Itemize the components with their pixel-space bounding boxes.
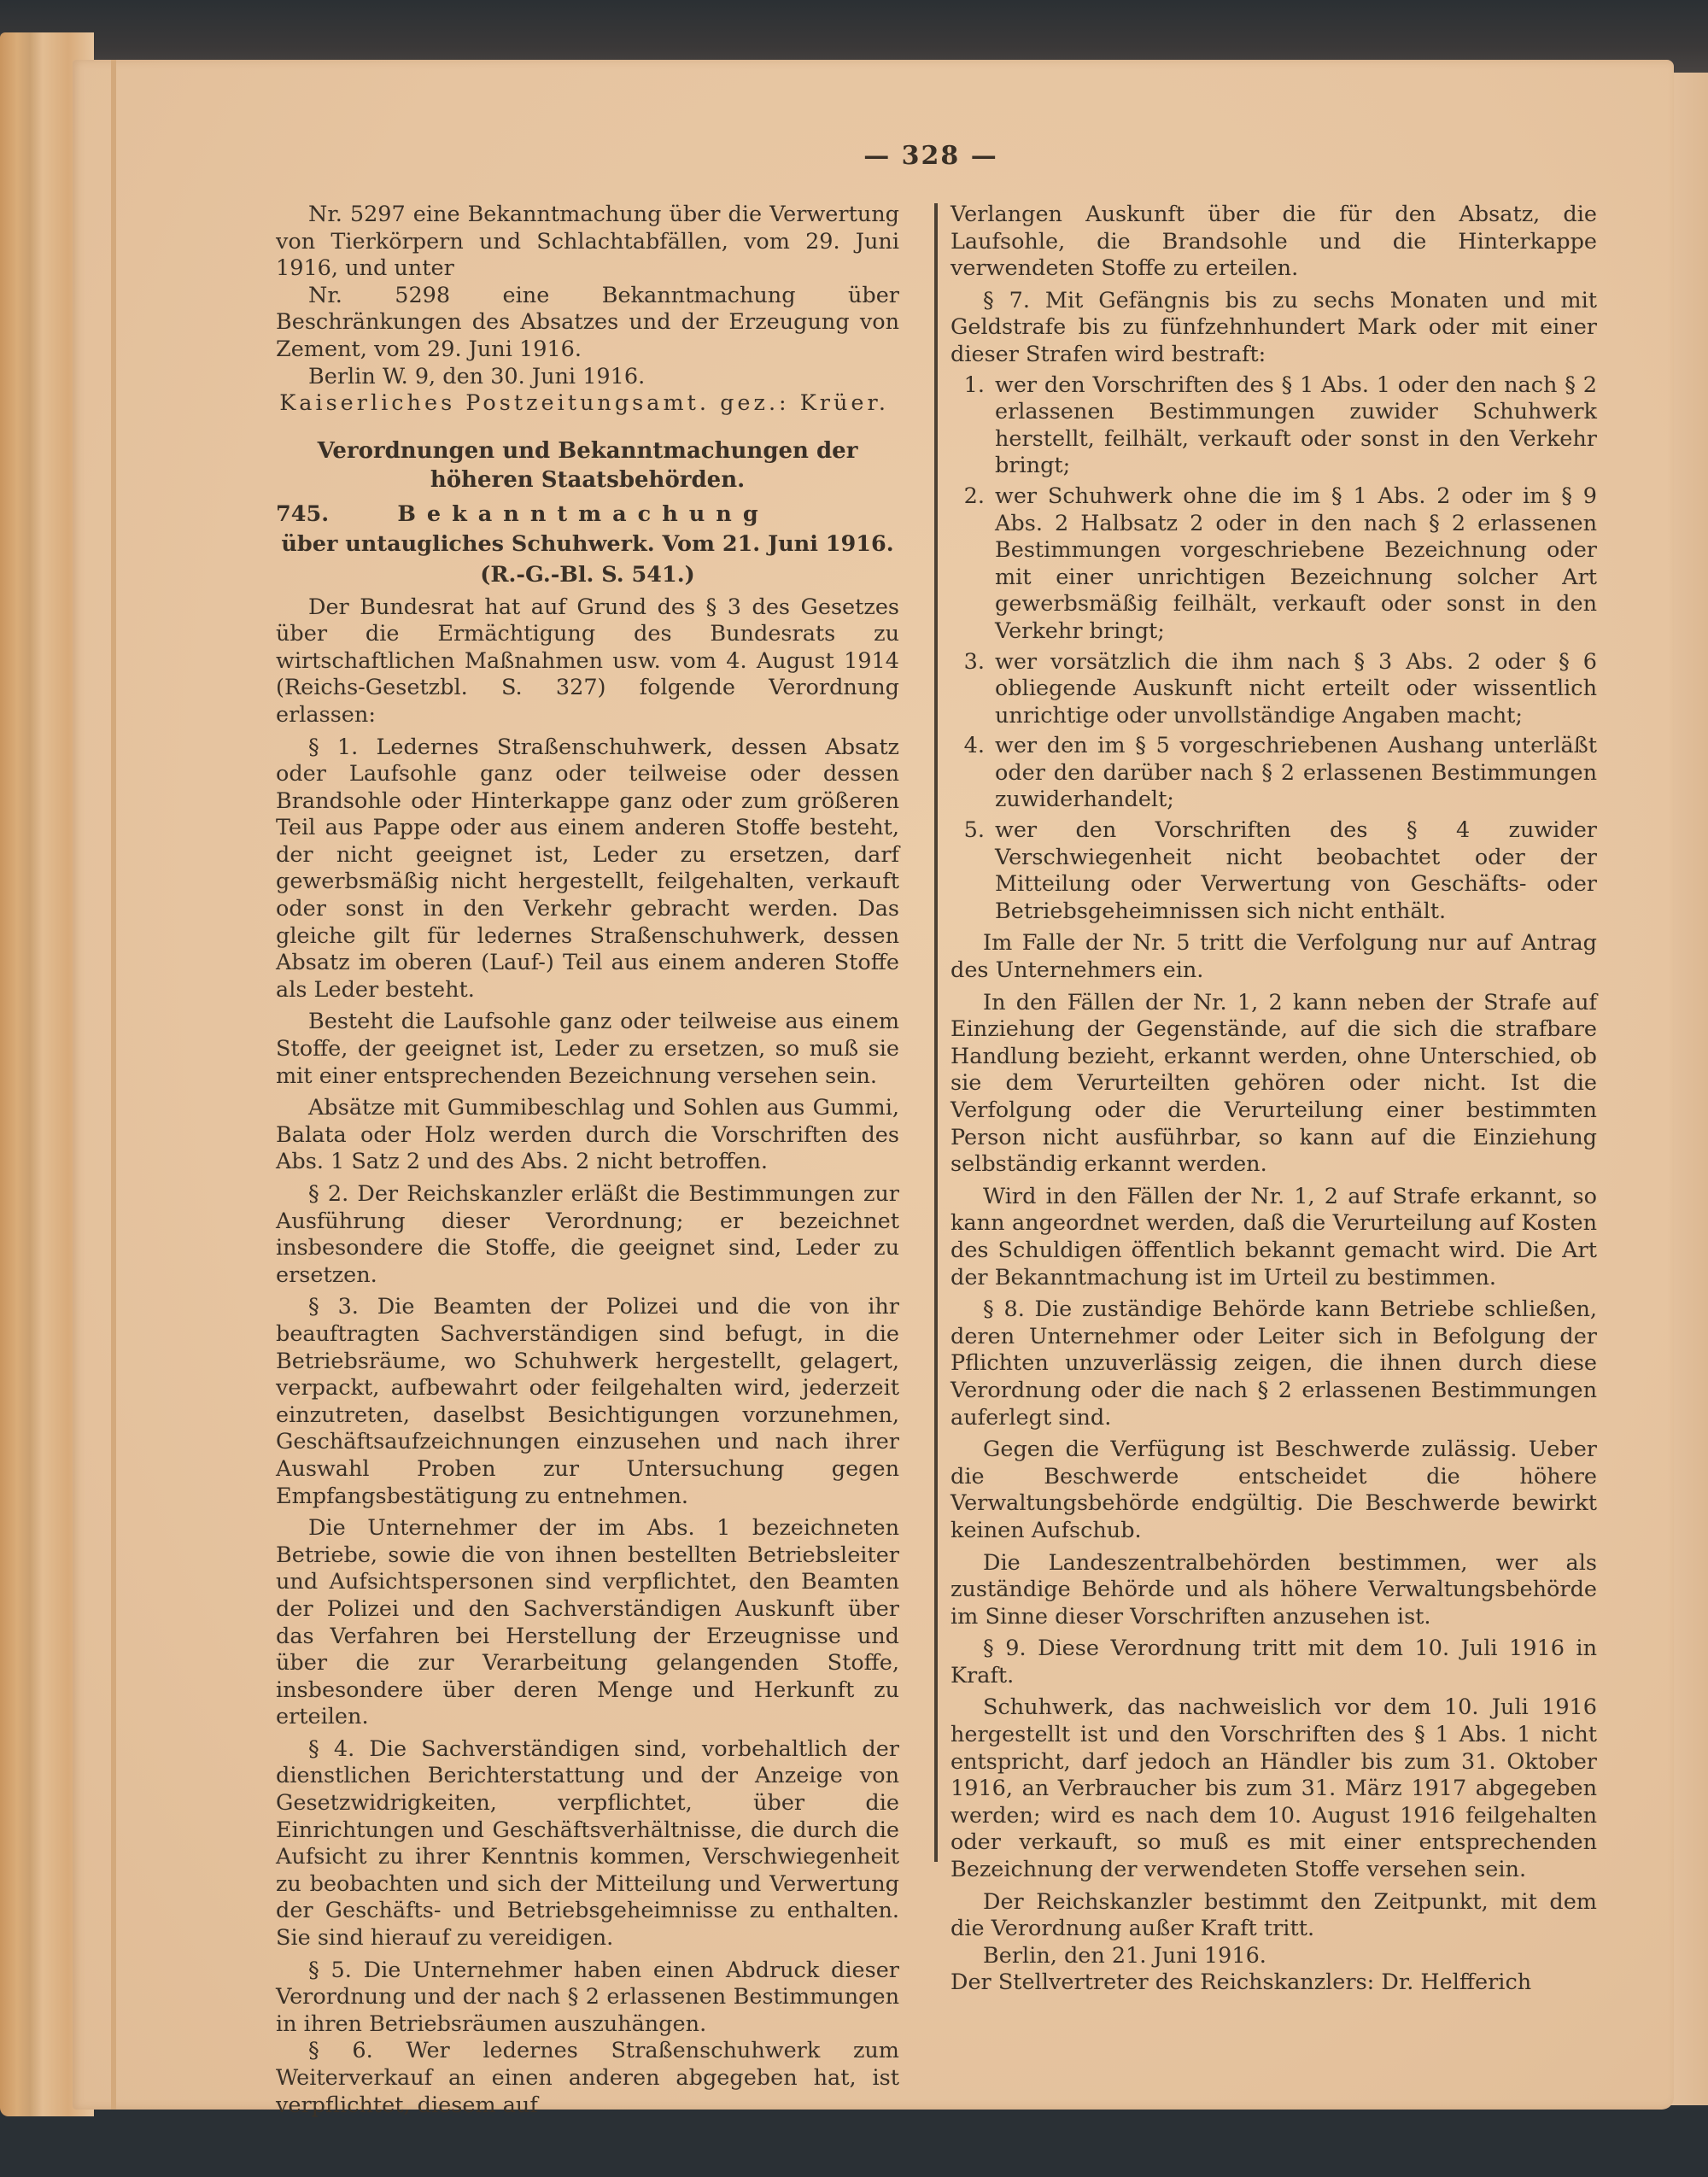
paragraph-7-prosecution: Im Falle der Nr. 5 tritt die Verfolgung … [951, 930, 1597, 984]
paragraph-9-transition: Schuhwerk, das nachweislich vor dem 10. … [951, 1694, 1597, 1883]
list-number: 5. [951, 817, 995, 925]
list-text: wer den Vorschriften des § 1 Abs. 1 oder… [995, 372, 1597, 480]
page-edge-right [1670, 73, 1708, 2105]
paragraph-8-appeal: Gegen die Verfügung ist Beschwerde zuläs… [951, 1437, 1597, 1544]
paragraph-9-expiry: Der Reichskanzler bestimmt den Zeitpunkt… [951, 1889, 1597, 1943]
paragraph-1-abs-3: Absätze mit Gummibeschlag und Sohlen aus… [276, 1095, 899, 1176]
paragraph-5: § 5. Die Unternehmer haben einen Abdruck… [276, 1958, 899, 2039]
book-cover-bottom [0, 2110, 1708, 2177]
document-title-row: 745. Bekanntmachung [276, 501, 899, 529]
document-number: 745. [276, 501, 344, 529]
paragraph-6-continuation: Verlangen Auskunft über die für den Absa… [951, 202, 1597, 283]
place-date: Berlin, den 21. Juni 1916. [951, 1943, 1597, 1970]
paragraph-4: § 4. Die Sachverständigen sind, vorbehal… [276, 1736, 899, 1952]
penalty-item-3: 3. wer vorsätzlich die ihm nach § 3 Abs.… [951, 649, 1597, 730]
column-divider-gap [933, 1862, 939, 1872]
document-source: (R.-G.-Bl. S. 541.) [276, 562, 899, 589]
paragraph-2: § 2. Der Reichskanzler erläßt die Bestim… [276, 1181, 899, 1289]
paragraph-7-intro: § 7. Mit Gefängnis bis zu sechs Monaten … [951, 288, 1597, 369]
right-column: Verlangen Auskunft über die für den Absa… [951, 202, 1597, 1997]
paragraph-1-abs-2: Besteht die Laufsohle ganz oder teilweis… [276, 1009, 899, 1090]
list-text: wer den im § 5 vorgeschriebenen Aushang … [995, 733, 1597, 814]
paragraph-8: § 8. Die zuständige Behörde kann Betrieb… [951, 1296, 1597, 1431]
notice-item-5297: Nr. 5297 eine Bekanntmachung über die Ve… [276, 202, 899, 283]
paragraph-7-confiscation: In den Fällen der Nr. 1, 2 kann neben de… [951, 990, 1597, 1179]
signature: Kaiserliches Postzeitungsamt. gez.: Krüe… [276, 390, 899, 418]
list-text: wer den Vorschriften des § 4 zuwider Ver… [995, 817, 1597, 925]
document-title: Bekanntmachung [344, 501, 899, 529]
page-gutter-line [111, 60, 116, 2110]
left-column: Nr. 5297 eine Bekanntmachung über die Ve… [276, 202, 899, 2119]
paragraph-3: § 3. Die Beamten der Polizei und die von… [276, 1294, 899, 1510]
preamble: Der Bundesrat hat auf Grund des § 3 des … [276, 594, 899, 729]
page-number: — 328 — [820, 141, 1042, 171]
section-heading: Verordnungen und Bekanntmachungen der hö… [276, 436, 899, 495]
penalty-item-2: 2. wer Schuhwerk ohne die im § 1 Abs. 2 … [951, 483, 1597, 646]
paragraph-3-abs-2: Die Unternehmer der im Abs. 1 bezeichnet… [276, 1515, 899, 1731]
paragraph-8-authorities: Die Landeszentralbehörden bestimmen, wer… [951, 1550, 1597, 1631]
list-text: wer vorsätzlich die ihm nach § 3 Abs. 2 … [995, 649, 1597, 730]
penalty-item-1: 1. wer den Vorschriften des § 1 Abs. 1 o… [951, 372, 1597, 480]
document-subtitle: über untaugliches Schuhwerk. Vom 21. Jun… [276, 531, 899, 559]
list-text: wer Schuhwerk ohne die im § 1 Abs. 2 ode… [995, 483, 1597, 646]
list-number: 3. [951, 649, 995, 730]
list-number: 2. [951, 483, 995, 646]
paragraph-7-publication: Wird in den Fällen der Nr. 1, 2 auf Stra… [951, 1184, 1597, 1291]
paragraph-1: § 1. Ledernes Straßenschuhwerk, dessen A… [276, 734, 899, 1004]
signature: Der Stellvertreter des Reichskanzlers: D… [951, 1969, 1597, 1997]
list-number: 1. [951, 372, 995, 480]
place-date: Berlin W. 9, den 30. Juni 1916. [276, 364, 899, 391]
column-divider [934, 203, 938, 1872]
penalty-item-4: 4. wer den im § 5 vorgeschriebenen Ausha… [951, 733, 1597, 814]
paragraph-6: § 6. Wer ledernes Straßenschuhwerk zum W… [276, 2038, 899, 2119]
notice-item-5298: Nr. 5298 eine Bekanntmachung über Beschr… [276, 283, 899, 364]
paragraph-9: § 9. Diese Verordnung tritt mit dem 10. … [951, 1636, 1597, 1689]
penalty-item-5: 5. wer den Vorschriften des § 4 zuwider … [951, 817, 1597, 925]
list-number: 4. [951, 733, 995, 814]
